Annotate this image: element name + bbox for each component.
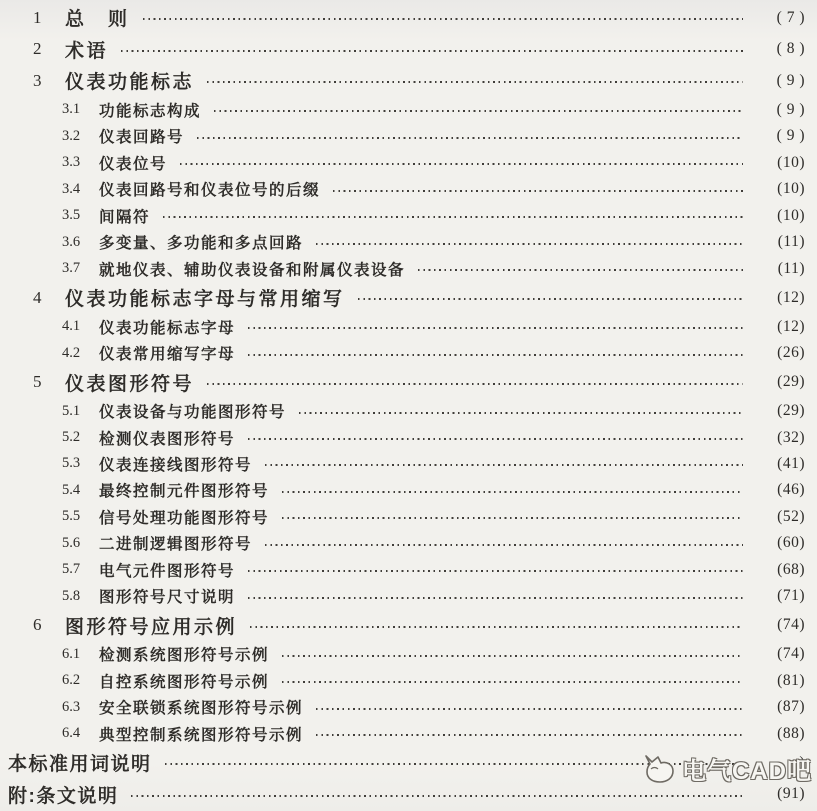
- dot-leader: [265, 464, 743, 466]
- toc-entry-title: 安全联锁系统图形符号示例: [99, 696, 303, 718]
- toc-entry: 6.1 检测系统图形符号示例 (74): [0, 641, 817, 667]
- toc-entry-title: 二进制逻辑图形符号: [99, 532, 252, 554]
- toc-entry-title: 仪表连接线图形符号: [99, 453, 252, 475]
- toc-entry: 3 仪表功能标志 ( 9 ): [0, 65, 817, 96]
- toc-entry-number: 6.2: [62, 672, 99, 689]
- toc-entry-number: 6.3: [62, 699, 99, 716]
- dot-leader: [180, 163, 743, 165]
- toc-entry-title: 附:条文说明: [8, 781, 118, 808]
- toc-entry-number: 4.1: [62, 318, 99, 335]
- toc-entry-number: 1: [33, 8, 65, 28]
- dot-leader: [282, 491, 743, 493]
- toc-entry: 5.4 最终控制元件图形符号 (46): [0, 477, 817, 503]
- toc-entry-page: ( 7 ): [751, 9, 805, 27]
- dot-leader: [121, 50, 743, 52]
- toc-entry-number: 6.1: [62, 646, 99, 663]
- dot-leader: [207, 383, 743, 385]
- toc-entry-title: 本标准用词说明: [8, 749, 152, 776]
- dot-leader: [282, 681, 743, 683]
- toc-entry-page: (71): [751, 587, 805, 605]
- toc-entry-page: ): [751, 754, 805, 772]
- toc-entry-number: 4: [33, 288, 65, 308]
- dot-leader: [248, 438, 743, 440]
- toc-entry-page: ( 9 ): [751, 127, 805, 145]
- toc-entry-page: (87): [751, 698, 805, 716]
- toc-entry-page: (29): [751, 373, 805, 391]
- dot-leader: [265, 544, 743, 546]
- toc-entry-page: (68): [751, 561, 805, 579]
- toc-entry-title: 仪表功能标志字母与常用缩写: [65, 284, 345, 311]
- toc-entry: 5.8 图形符号尺寸说明 (71): [0, 583, 817, 609]
- toc-entry-page: (10): [751, 154, 805, 172]
- toc-entry: 3.4 仪表回路号和仪表位号的后缀 (10): [0, 176, 817, 202]
- toc-entry-page: (41): [751, 455, 805, 473]
- toc-entry-number: 4.2: [62, 345, 99, 362]
- toc-entry: 5.6 二进制逻辑图形符号 (60): [0, 530, 817, 556]
- dot-leader: [131, 795, 743, 797]
- toc-entry-page: ( 9 ): [751, 72, 805, 90]
- toc-entry-title: 仪表设备与功能图形符号: [99, 400, 286, 422]
- toc-entry-number: 5.8: [62, 588, 99, 605]
- dot-leader: [248, 597, 743, 599]
- dot-leader: [165, 763, 743, 765]
- toc-entry-number: 3.2: [62, 128, 99, 145]
- toc-entry-title: 最终控制元件图形符号: [99, 479, 269, 501]
- toc-entry: 4.1 仪表功能标志字母 (12): [0, 313, 817, 339]
- toc-entry: 5.5 信号处理功能图形符号 (52): [0, 504, 817, 530]
- dot-leader: [214, 110, 743, 112]
- toc-entry-title: 总 则: [65, 4, 130, 31]
- dot-leader: [248, 354, 743, 356]
- dot-leader: [248, 327, 743, 329]
- toc-entry-number: 3.1: [62, 101, 99, 118]
- toc-entry-page: (52): [751, 508, 805, 526]
- toc-entry-page: (10): [751, 207, 805, 225]
- toc-entry-number: 5.1: [62, 403, 99, 420]
- toc-entry: 3.1 功能标志构成 ( 9 ): [0, 96, 817, 122]
- dot-leader: [282, 655, 743, 657]
- toc-entry: 5 仪表图形符号 (29): [0, 366, 817, 397]
- toc-entry-number: 3.3: [62, 154, 99, 171]
- dot-leader: [248, 570, 743, 572]
- toc-entry-page: (29): [751, 402, 805, 420]
- dot-leader: [316, 708, 743, 710]
- toc-entry: 本标准用词说明 ): [0, 747, 817, 778]
- toc-entry: 4.2 仪表常用缩写字母 (26): [0, 340, 817, 366]
- dot-leader: [250, 626, 743, 628]
- toc-entry-page: ( 9 ): [751, 101, 805, 119]
- toc-entry-title: 仪表常用缩写字母: [99, 342, 235, 364]
- toc-entry: 5.2 检测仪表图形符号 (32): [0, 424, 817, 450]
- dot-leader: [163, 216, 743, 218]
- toc-entry-page: (32): [751, 429, 805, 447]
- toc-entry-title: 多变量、多功能和多点回路: [99, 231, 303, 253]
- toc-entry-title: 图形符号应用示例: [65, 612, 237, 639]
- toc-entry-page: (26): [751, 344, 805, 362]
- toc-entry: 5.7 电气元件图形符号 (68): [0, 557, 817, 583]
- toc-entry-page: (46): [751, 481, 805, 499]
- toc-entry-title: 仪表功能标志: [65, 67, 194, 94]
- toc-entry: 6 图形符号应用示例 (74): [0, 610, 817, 641]
- toc-entry-page: (91): [751, 785, 805, 803]
- toc-entry-number: 5.2: [62, 429, 99, 446]
- toc-entry-title: 自控系统图形符号示例: [99, 670, 269, 692]
- toc-entry: 4 仪表功能标志字母与常用缩写 (12): [0, 282, 817, 313]
- toc-entry-title: 仪表位号: [99, 152, 167, 174]
- toc-entry-number: 5: [33, 372, 65, 392]
- toc-entry: 3.2 仪表回路号 ( 9 ): [0, 123, 817, 149]
- toc-entry-page: (11): [751, 260, 805, 278]
- dot-leader: [333, 190, 743, 192]
- dot-leader: [197, 137, 743, 139]
- toc-entry: 2 术语 ( 8 ): [0, 33, 817, 64]
- dot-leader: [282, 517, 743, 519]
- dot-leader: [358, 298, 743, 300]
- toc-entry-page: (10): [751, 180, 805, 198]
- toc-entry-title: 术语: [65, 36, 108, 63]
- toc-entry-number: 3.5: [62, 207, 99, 224]
- toc-entry: 3.7 就地仪表、辅助仪表设备和附属仪表设备 (11): [0, 255, 817, 281]
- toc-entry: 3.5 间隔符 (10): [0, 202, 817, 228]
- toc-entry-page: (81): [751, 672, 805, 690]
- toc-entry-title: 检测系统图形符号示例: [99, 643, 269, 665]
- toc-entry-title: 就地仪表、辅助仪表设备和附属仪表设备: [99, 258, 405, 280]
- dot-leader: [207, 81, 743, 83]
- dot-leader: [316, 243, 743, 245]
- dot-leader: [299, 412, 743, 414]
- toc-entry-number: 5.6: [62, 535, 99, 552]
- toc-entry-title: 检测仪表图形符号: [99, 427, 235, 449]
- toc-entry: 6.2 自控系统图形符号示例 (81): [0, 668, 817, 694]
- toc-entry-title: 功能标志构成: [99, 99, 201, 121]
- toc-entry-title: 间隔符: [99, 205, 150, 227]
- toc-entry-number: 3.7: [62, 260, 99, 277]
- toc-entry-page: (11): [751, 233, 805, 251]
- toc-entry-page: (74): [751, 645, 805, 663]
- toc-entry: 3.6 多变量、多功能和多点回路 (11): [0, 229, 817, 255]
- toc-entry: 6.3 安全联锁系统图形符号示例 (87): [0, 694, 817, 720]
- toc-entry: 附:条文说明 (91): [0, 779, 817, 810]
- toc-entry-title: 图形符号尺寸说明: [99, 585, 235, 607]
- table-of-contents: 1 总 则 ( 7 ) 2 术语 ( 8 ) 3 仪表功能标志 ( 9 ) 3.…: [0, 0, 817, 811]
- toc-entry-number: 6.4: [62, 725, 99, 742]
- toc-entry-number: 2: [33, 39, 65, 59]
- toc-entry: 1 总 则 ( 7 ): [0, 2, 817, 33]
- toc-entry-title: 典型控制系统图形符号示例: [99, 723, 303, 745]
- toc-entry-title: 仪表图形符号: [65, 369, 194, 396]
- toc-entry: 5.1 仪表设备与功能图形符号 (29): [0, 398, 817, 424]
- toc-entry: 6.4 典型控制系统图形符号示例 (88): [0, 721, 817, 747]
- toc-entry-number: 5.7: [62, 561, 99, 578]
- toc-entry-page: (60): [751, 534, 805, 552]
- toc-entry-number: 5.3: [62, 455, 99, 472]
- toc-entry-page: (74): [751, 616, 805, 634]
- toc-entry-number: 3: [33, 71, 65, 91]
- toc-entry: 5.3 仪表连接线图形符号 (41): [0, 451, 817, 477]
- toc-entry-number: 5.5: [62, 508, 99, 525]
- toc-entry: 3.3 仪表位号 (10): [0, 149, 817, 175]
- toc-entry-title: 信号处理功能图形符号: [99, 506, 269, 528]
- toc-entry-page: (12): [751, 289, 805, 307]
- toc-entry-page: (88): [751, 725, 805, 743]
- toc-entry-number: 5.4: [62, 482, 99, 499]
- toc-entry-page: (12): [751, 318, 805, 336]
- toc-entry-number: 6: [33, 615, 65, 635]
- dot-leader: [143, 18, 743, 20]
- dot-leader: [418, 269, 743, 271]
- toc-entry-number: 3.4: [62, 181, 99, 198]
- toc-entry-title: 仪表回路号和仪表位号的后缀: [99, 178, 320, 200]
- toc-entry-title: 仪表功能标志字母: [99, 316, 235, 338]
- toc-entry-title: 仪表回路号: [99, 125, 184, 147]
- dot-leader: [316, 734, 743, 736]
- toc-entry-number: 3.6: [62, 234, 99, 251]
- toc-entry-page: ( 8 ): [751, 40, 805, 58]
- toc-entry-title: 电气元件图形符号: [99, 559, 235, 581]
